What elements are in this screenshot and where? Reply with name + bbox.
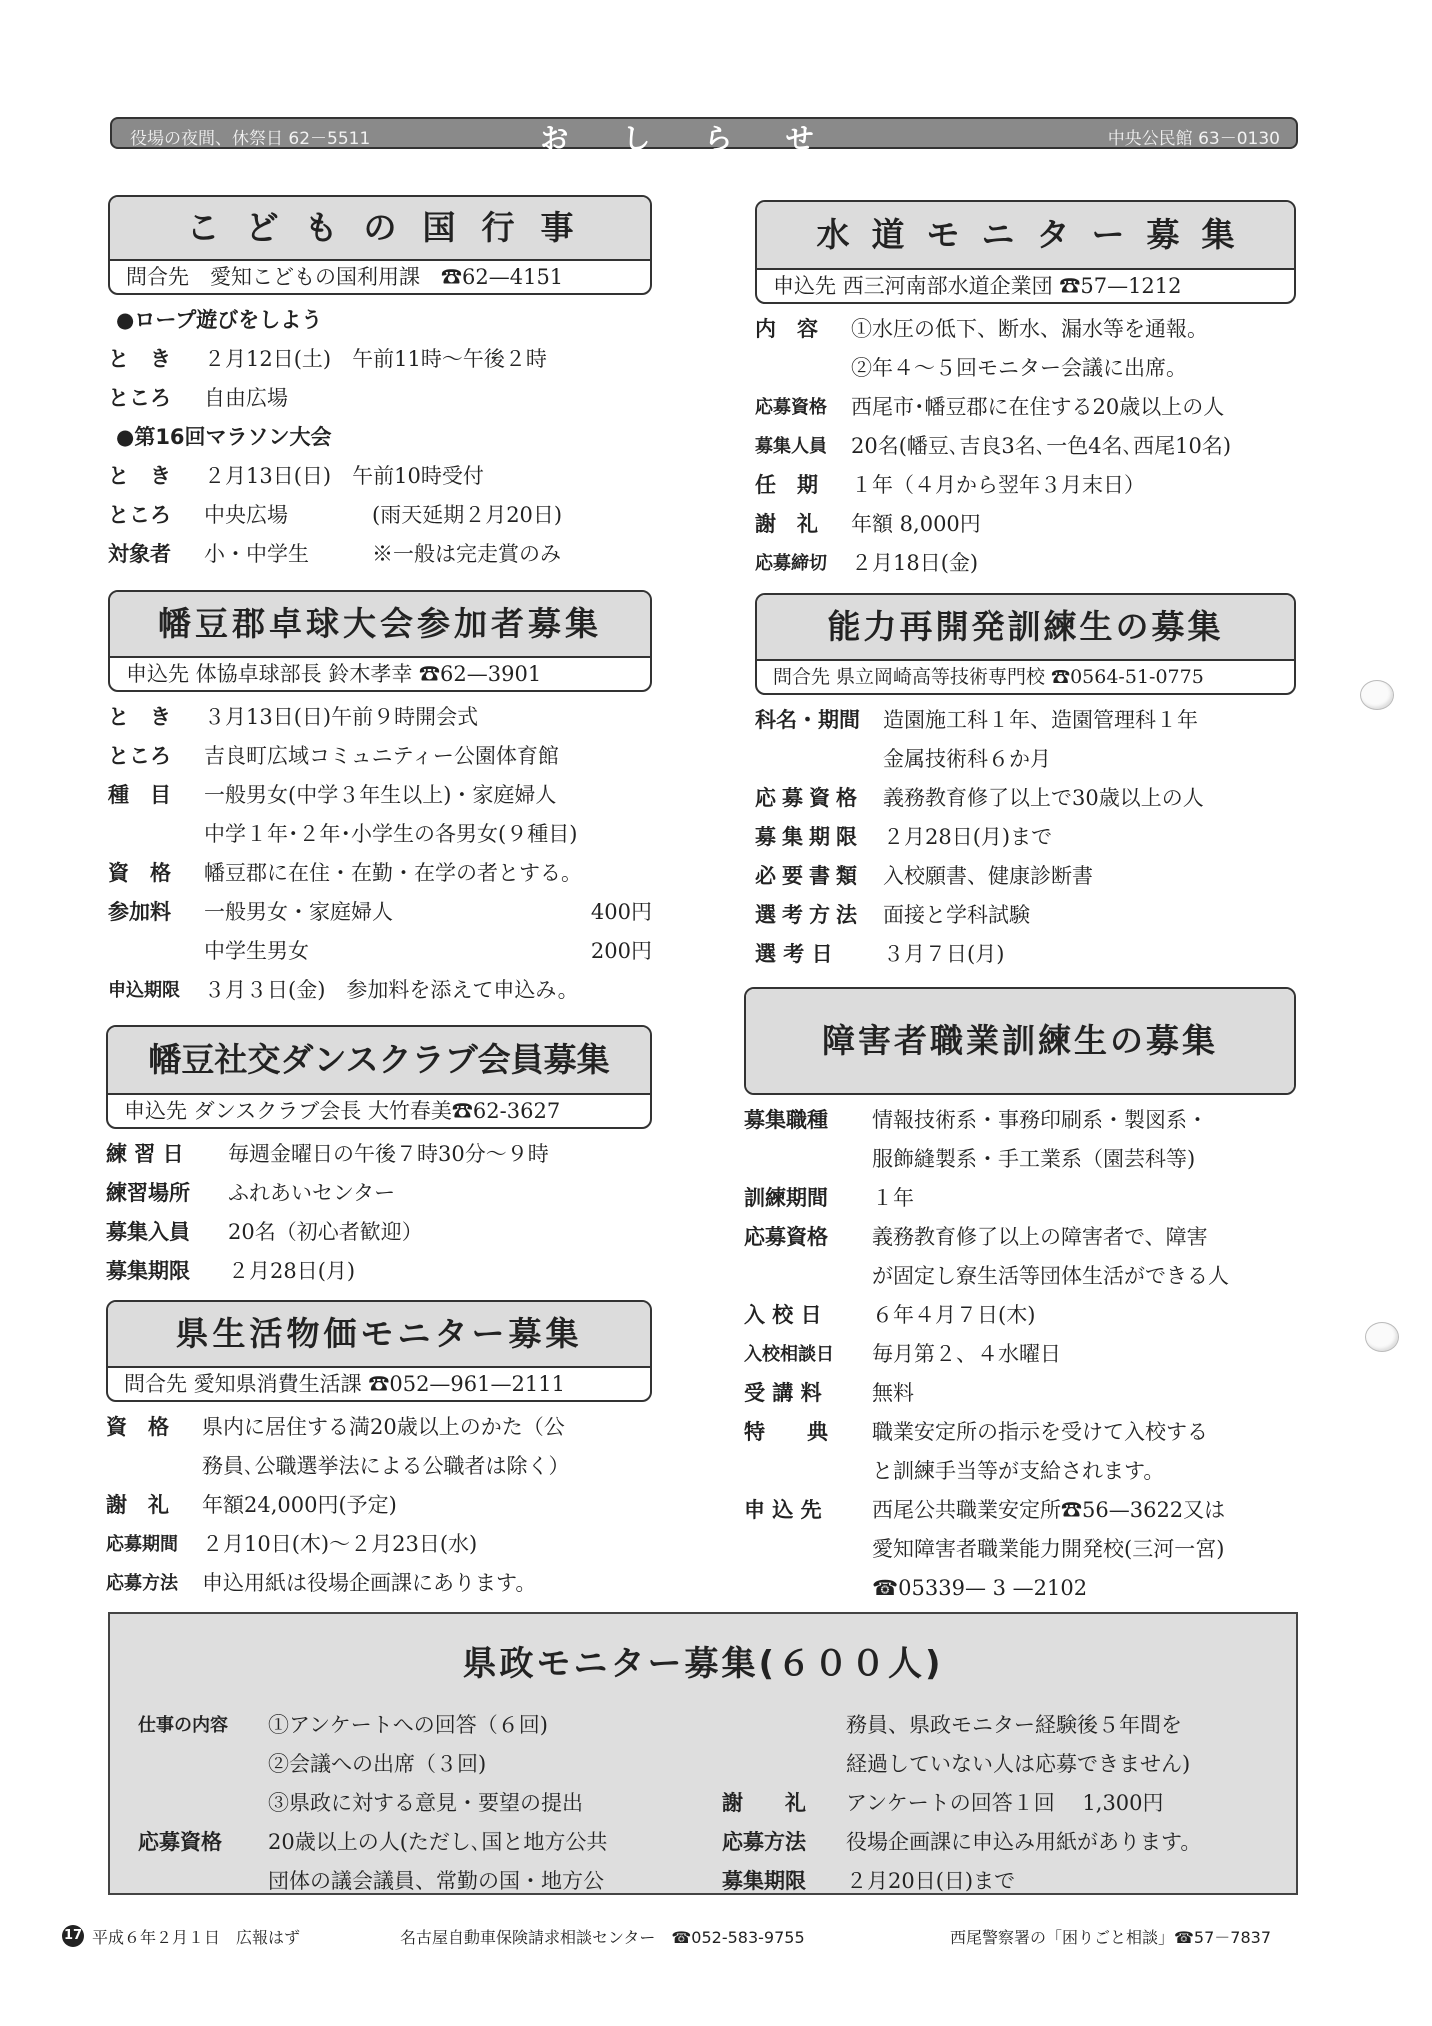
info-row: 中学生男女200円 bbox=[108, 932, 652, 971]
section-title: 障害者職業訓練生の募集 bbox=[746, 989, 1294, 1093]
info-row: 必要書類入校願書、健康診断書 bbox=[755, 857, 1296, 896]
section-contact: 問合先 愛知こどもの国利用課 ☎62—4151 bbox=[110, 261, 650, 293]
punch-hole bbox=[1365, 1322, 1399, 1352]
section-title: こどもの国行事 bbox=[110, 197, 650, 261]
section-contact: 問合先 県立岡崎高等技術専門校 ☎0564-51-0775 bbox=[757, 661, 1294, 693]
info-row: ところ中央広場 (雨天延期２月20日) bbox=[108, 496, 652, 535]
info-row: 内 容①水圧の低下、断水、漏水等を通報。 bbox=[755, 310, 1296, 349]
page-footer: 17 平成６年２月１日 広報はず 名古屋自動車保険請求相談センター ☎052-5… bbox=[62, 1922, 1432, 1952]
info-row: 任 期１年（４月から翌年３月末日） bbox=[755, 466, 1296, 505]
info-row: と き２月12日(土) 午前11時～午後２時 bbox=[108, 340, 652, 379]
section-title-box: こどもの国行事 問合先 愛知こどもの国利用課 ☎62—4151 bbox=[108, 195, 652, 295]
page-number-badge: 17 bbox=[62, 1925, 84, 1947]
info-row: 申込期限３月３日(金) 参加料を添えて申込み。 bbox=[108, 971, 698, 1010]
info-row: 募集職種情報技術系・事務印刷系・製図系・ bbox=[744, 1101, 1296, 1140]
info-row: 応募方法役場企画課に申込み用紙があります。 bbox=[722, 1823, 1292, 1862]
info-row: 謝 礼年額24,000円(予定) bbox=[106, 1486, 652, 1525]
section-title-box: 障害者職業訓練生の募集 bbox=[744, 987, 1296, 1095]
info-row: 入校相談日毎月第２、４水曜日 bbox=[744, 1335, 1296, 1374]
info-row: 服飾縫製系・手工業系（園芸科等) bbox=[744, 1140, 1296, 1179]
info-row: 応募資格義務教育修了以上で30歳以上の人 bbox=[755, 779, 1296, 818]
info-row: 応募期間２月10日(木)～２月23日(水) bbox=[106, 1525, 652, 1564]
section-title: 幡豆郡卓球大会参加者募集 bbox=[110, 592, 650, 658]
info-row: 団体の議会議員、常勤の国・地方公 bbox=[138, 1862, 698, 1901]
info-row: 応募締切２月18日(金) bbox=[755, 544, 1296, 583]
event-heading: ●第16回マラソン大会 bbox=[108, 418, 652, 457]
info-row: 応募資格義務教育修了以上の障害者で、障害 bbox=[744, 1218, 1296, 1257]
info-row: 仕事の内容①アンケートへの回答（６回) bbox=[138, 1706, 698, 1745]
section-dance: 幡豆社交ダンスクラブ会員募集 申込先 ダンスクラブ会長 大竹春美☎62-3627… bbox=[106, 1025, 652, 1291]
info-row: 募集入員20名（初心者歓迎） bbox=[106, 1213, 652, 1252]
info-row: 募集期限２月20日(日)まで bbox=[722, 1862, 1292, 1901]
section-kodomo: こどもの国行事 問合先 愛知こどもの国利用課 ☎62—4151 ●ロープ遊びをし… bbox=[108, 195, 652, 574]
info-row: 募集人員20名(幡豆､吉良3名､一色4名､西尾10名) bbox=[755, 427, 1296, 466]
info-row: 愛知障害者職業能力開発校(三河一宮) bbox=[744, 1530, 1296, 1569]
info-row: 選 考 日３月７日(月) bbox=[755, 935, 1296, 974]
section-shogaisha: 障害者職業訓練生の募集 募集職種情報技術系・事務印刷系・製図系・ 服飾縫製系・手… bbox=[744, 987, 1296, 1608]
info-row: 受 講 料無料 bbox=[744, 1374, 1296, 1413]
kensei-left-column: 仕事の内容①アンケートへの回答（６回) ②会議への出席（３回) ③県政に対する意… bbox=[138, 1706, 698, 1901]
info-row: と訓練手当等が支給されます。 bbox=[744, 1452, 1296, 1491]
event-heading: ●ロープ遊びをしよう bbox=[108, 301, 652, 340]
fee-amount: 400円 bbox=[591, 893, 652, 932]
info-row: 参加料一般男女・家庭婦人400円 bbox=[108, 893, 652, 932]
info-row: 資 格幡豆郡に在住・在勤・在学の者とする。 bbox=[108, 854, 698, 893]
footer-police-consultation: 西尾警察署の「困りごと相談」☎57－7837 bbox=[950, 1925, 1271, 1948]
section-noryoku: 能力再開発訓練生の募集 問合先 県立岡崎高等技術専門校 ☎0564-51-077… bbox=[755, 593, 1296, 974]
info-row: 練 習 日毎週金曜日の午後７時30分～９時 bbox=[106, 1135, 652, 1174]
info-row: 務員､公職選挙法による公職者は除く） bbox=[106, 1447, 652, 1486]
section-contact: 申込先 ダンスクラブ会長 大竹春美☎62-3627 bbox=[108, 1095, 650, 1127]
info-row: ②年４～５回モニター会議に出席。 bbox=[755, 349, 1296, 388]
section-title-box: 水道モニター募集 申込先 西三河南部水道企業団 ☎57—1212 bbox=[755, 200, 1296, 304]
info-row: 訓練期間１年 bbox=[744, 1179, 1296, 1218]
section-title-box: 幡豆郡卓球大会参加者募集 申込先 体協卓球部長 鈴木孝幸 ☎62—3901 bbox=[108, 590, 652, 692]
section-title: 能力再開発訓練生の募集 bbox=[757, 595, 1294, 661]
info-row: 中学１年･２年･小学生の各男女(９種目) bbox=[108, 815, 698, 854]
info-row: 応募方法申込用紙は役場企画課にあります。 bbox=[106, 1564, 652, 1603]
section-title: 県生活物価モニター募集 bbox=[108, 1302, 650, 1368]
section-contact: 問合先 愛知県消費生活課 ☎052—961—2111 bbox=[108, 1368, 650, 1400]
section-takkyu: 幡豆郡卓球大会参加者募集 申込先 体協卓球部長 鈴木孝幸 ☎62—3901 と … bbox=[108, 590, 652, 1010]
info-row: ☎05339— 3 —2102 bbox=[744, 1569, 1296, 1608]
section-title: 水道モニター募集 bbox=[757, 202, 1294, 270]
info-row: が固定し寮生活等団体生活ができる人 bbox=[744, 1257, 1296, 1296]
section-title-box: 幡豆社交ダンスクラブ会員募集 申込先 ダンスクラブ会長 大竹春美☎62-3627 bbox=[106, 1025, 652, 1129]
section-title-box: 能力再開発訓練生の募集 問合先 県立岡崎高等技術専門校 ☎0564-51-077… bbox=[755, 593, 1296, 695]
info-row: 申 込 先西尾公共職業安定所☎56—3622又は bbox=[744, 1491, 1296, 1530]
punch-hole bbox=[1360, 680, 1394, 710]
header-community-center-contact: 中央公民館 63－0130 bbox=[1108, 124, 1280, 149]
kensei-right-column: 務員、県政モニター経験後５年間を 経過していない人は応募できません) 謝 礼アン… bbox=[722, 1706, 1292, 1901]
info-row: ③県政に対する意見・要望の提出 bbox=[138, 1784, 698, 1823]
fee-amount: 200円 bbox=[591, 932, 652, 971]
info-row: 応募資格西尾市･幡豆郡に在住する20歳以上の人 bbox=[755, 388, 1296, 427]
info-row: 種 目一般男女(中学３年生以上)・家庭婦人 bbox=[108, 776, 698, 815]
info-row: 科名・期間造園施工科１年、造園管理科１年 bbox=[755, 701, 1296, 740]
info-row: 資 格県内に居住する満20歳以上のかた（公 bbox=[106, 1408, 652, 1447]
section-title: 幡豆社交ダンスクラブ会員募集 bbox=[108, 1027, 650, 1095]
footer-insurance-center: 名古屋自動車保険請求相談センター ☎052-583-9755 bbox=[400, 1925, 805, 1948]
info-row: と き３月13日(日)午前９時開会式 bbox=[108, 698, 698, 737]
info-row: 務員、県政モニター経験後５年間を bbox=[722, 1706, 1292, 1745]
info-row: 選考方法面接と学科試験 bbox=[755, 896, 1296, 935]
info-row: ②会議への出席（３回) bbox=[138, 1745, 698, 1784]
info-row: 募集期限２月28日(月) bbox=[106, 1252, 652, 1291]
info-row: 特 典職業安定所の指示を受けて入校する bbox=[744, 1413, 1296, 1452]
section-kensei: 県政モニター募集(６００人) 仕事の内容①アンケートへの回答（６回) ②会議への… bbox=[108, 1612, 1298, 1895]
info-row: 金属技術科６か月 bbox=[755, 740, 1296, 779]
header-bar: 役場の夜間、休祭日 62－5511 おしらせ 中央公民館 63－0130 bbox=[110, 117, 1298, 149]
info-row: ところ自由広場 bbox=[108, 379, 652, 418]
section-suido: 水道モニター募集 申込先 西三河南部水道企業団 ☎57—1212 内 容①水圧の… bbox=[755, 200, 1296, 583]
section-contact: 申込先 西三河南部水道企業団 ☎57—1212 bbox=[757, 270, 1294, 302]
footer-issue: 平成６年２月１日 広報はず bbox=[92, 1925, 300, 1948]
section-contact: 申込先 体協卓球部長 鈴木孝幸 ☎62—3901 bbox=[110, 658, 650, 690]
info-row: 謝 礼アンケートの回答１回 1,300円 bbox=[722, 1784, 1292, 1823]
info-row: ところ吉良町広域コミュニティー公園体育館 bbox=[108, 737, 698, 776]
info-row: 入 校 日６年４月７日(木) bbox=[744, 1296, 1296, 1335]
info-row: 募集期限２月28日(月)まで bbox=[755, 818, 1296, 857]
section-title: 県政モニター募集(６００人) bbox=[110, 1636, 1296, 1685]
info-row: 対象者小・中学生 ※一般は完走賞のみ bbox=[108, 535, 652, 574]
info-row: 謝 礼年額 8,000円 bbox=[755, 505, 1296, 544]
section-title-box: 県生活物価モニター募集 問合先 愛知県消費生活課 ☎052—961—2111 bbox=[106, 1300, 652, 1402]
info-row: と き２月13日(日) 午前10時受付 bbox=[108, 457, 652, 496]
info-row: 応募資格20歳以上の人(ただし､国と地方公共 bbox=[138, 1823, 698, 1862]
info-row: 練習場所ふれあいセンター bbox=[106, 1174, 652, 1213]
info-row: 経過していない人は応募できません) bbox=[722, 1745, 1292, 1784]
section-bukka: 県生活物価モニター募集 問合先 愛知県消費生活課 ☎052—961—2111 資… bbox=[106, 1300, 652, 1603]
